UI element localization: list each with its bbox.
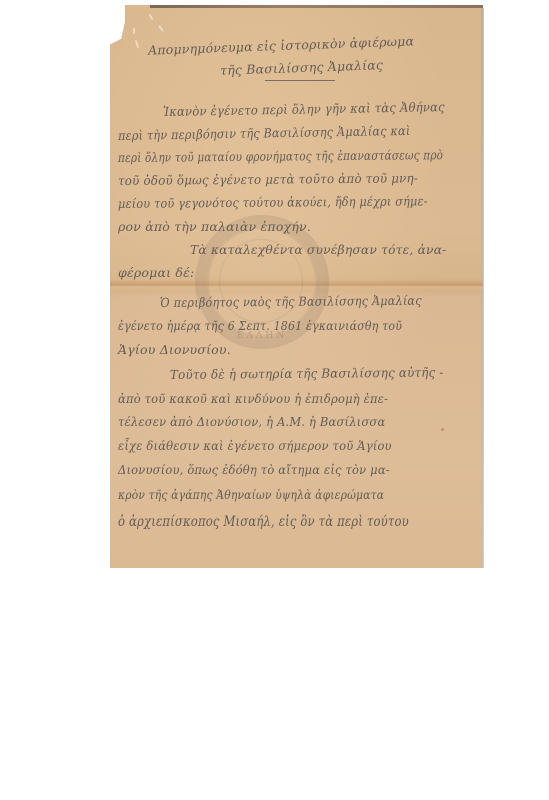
text-line: Ἁγίου Διονυσίου. (118, 342, 231, 357)
text-line: Τοῦτο δὲ ἡ σωτηρία τῆς Βασιλίσσης αὐτῆς … (170, 365, 444, 382)
text-line: ἐγένετο ἡμέρᾳ τῆς 6 Σεπτ. 1861 ἐγκαινιάσ… (118, 318, 402, 333)
text-line: Ὁ περιβόητος ναὸς τῆς Βασιλίσσης Ἀμαλίας (160, 293, 422, 310)
text-line: ρον ἀπὸ τὴν παλαιὰν ἐποχήν. (118, 219, 311, 234)
text-line: τοῦ ὁδοῦ ὅμως ἐγένετο μετὰ τοῦτο ἀπὸ τοῦ… (118, 170, 418, 188)
document-viewer: ΕΛΛΗΝ Απομνημόνευμα εἰς ἱστορικὸν ἀφιέρω… (0, 0, 549, 800)
text-line: περὶ ὅλην τοῦ ματαίου φρονήματος τῆς ἐπα… (118, 147, 443, 165)
text-line: εἶχε διάθεσιν καὶ ἐγένετο σήμερον τοῦ Ἁγ… (118, 438, 392, 453)
tear-mark (133, 28, 135, 34)
text-line: μείου τοῦ γεγονότος τούτου ἀκούει, ἤδη μ… (118, 193, 428, 211)
text-line: Διονυσίου, ὅπως ἐδόθη τὸ αἴτημα εἰς τὸν … (118, 462, 390, 477)
text-line: τέλεσεν ἀπὸ Διονύσιον, ἡ Α.Μ. ἡ Βασίλισσ… (118, 414, 385, 429)
text-line: Τὰ καταλεχθέντα συνέβησαν τότε, ἀνα- (190, 242, 446, 257)
text-line: κρὸν τῆς ἀγάπης Ἀθηναίων ὑψηλὰ ἀφιερώματ… (118, 487, 384, 502)
text-line: ἀπὸ τοῦ κακοῦ καὶ κινδύνου ἡ ἐπιδρομὴ ἐπ… (118, 391, 388, 406)
title-underline (265, 80, 335, 81)
text-line: φέρομαι δέ: (118, 265, 194, 280)
page-top-edge (150, 5, 483, 8)
paper-stain (441, 428, 444, 431)
text-line: ὁ ἀρχιεπίσκοπος Μισαήλ, εἰς ὃν τὰ περὶ τ… (118, 514, 409, 530)
